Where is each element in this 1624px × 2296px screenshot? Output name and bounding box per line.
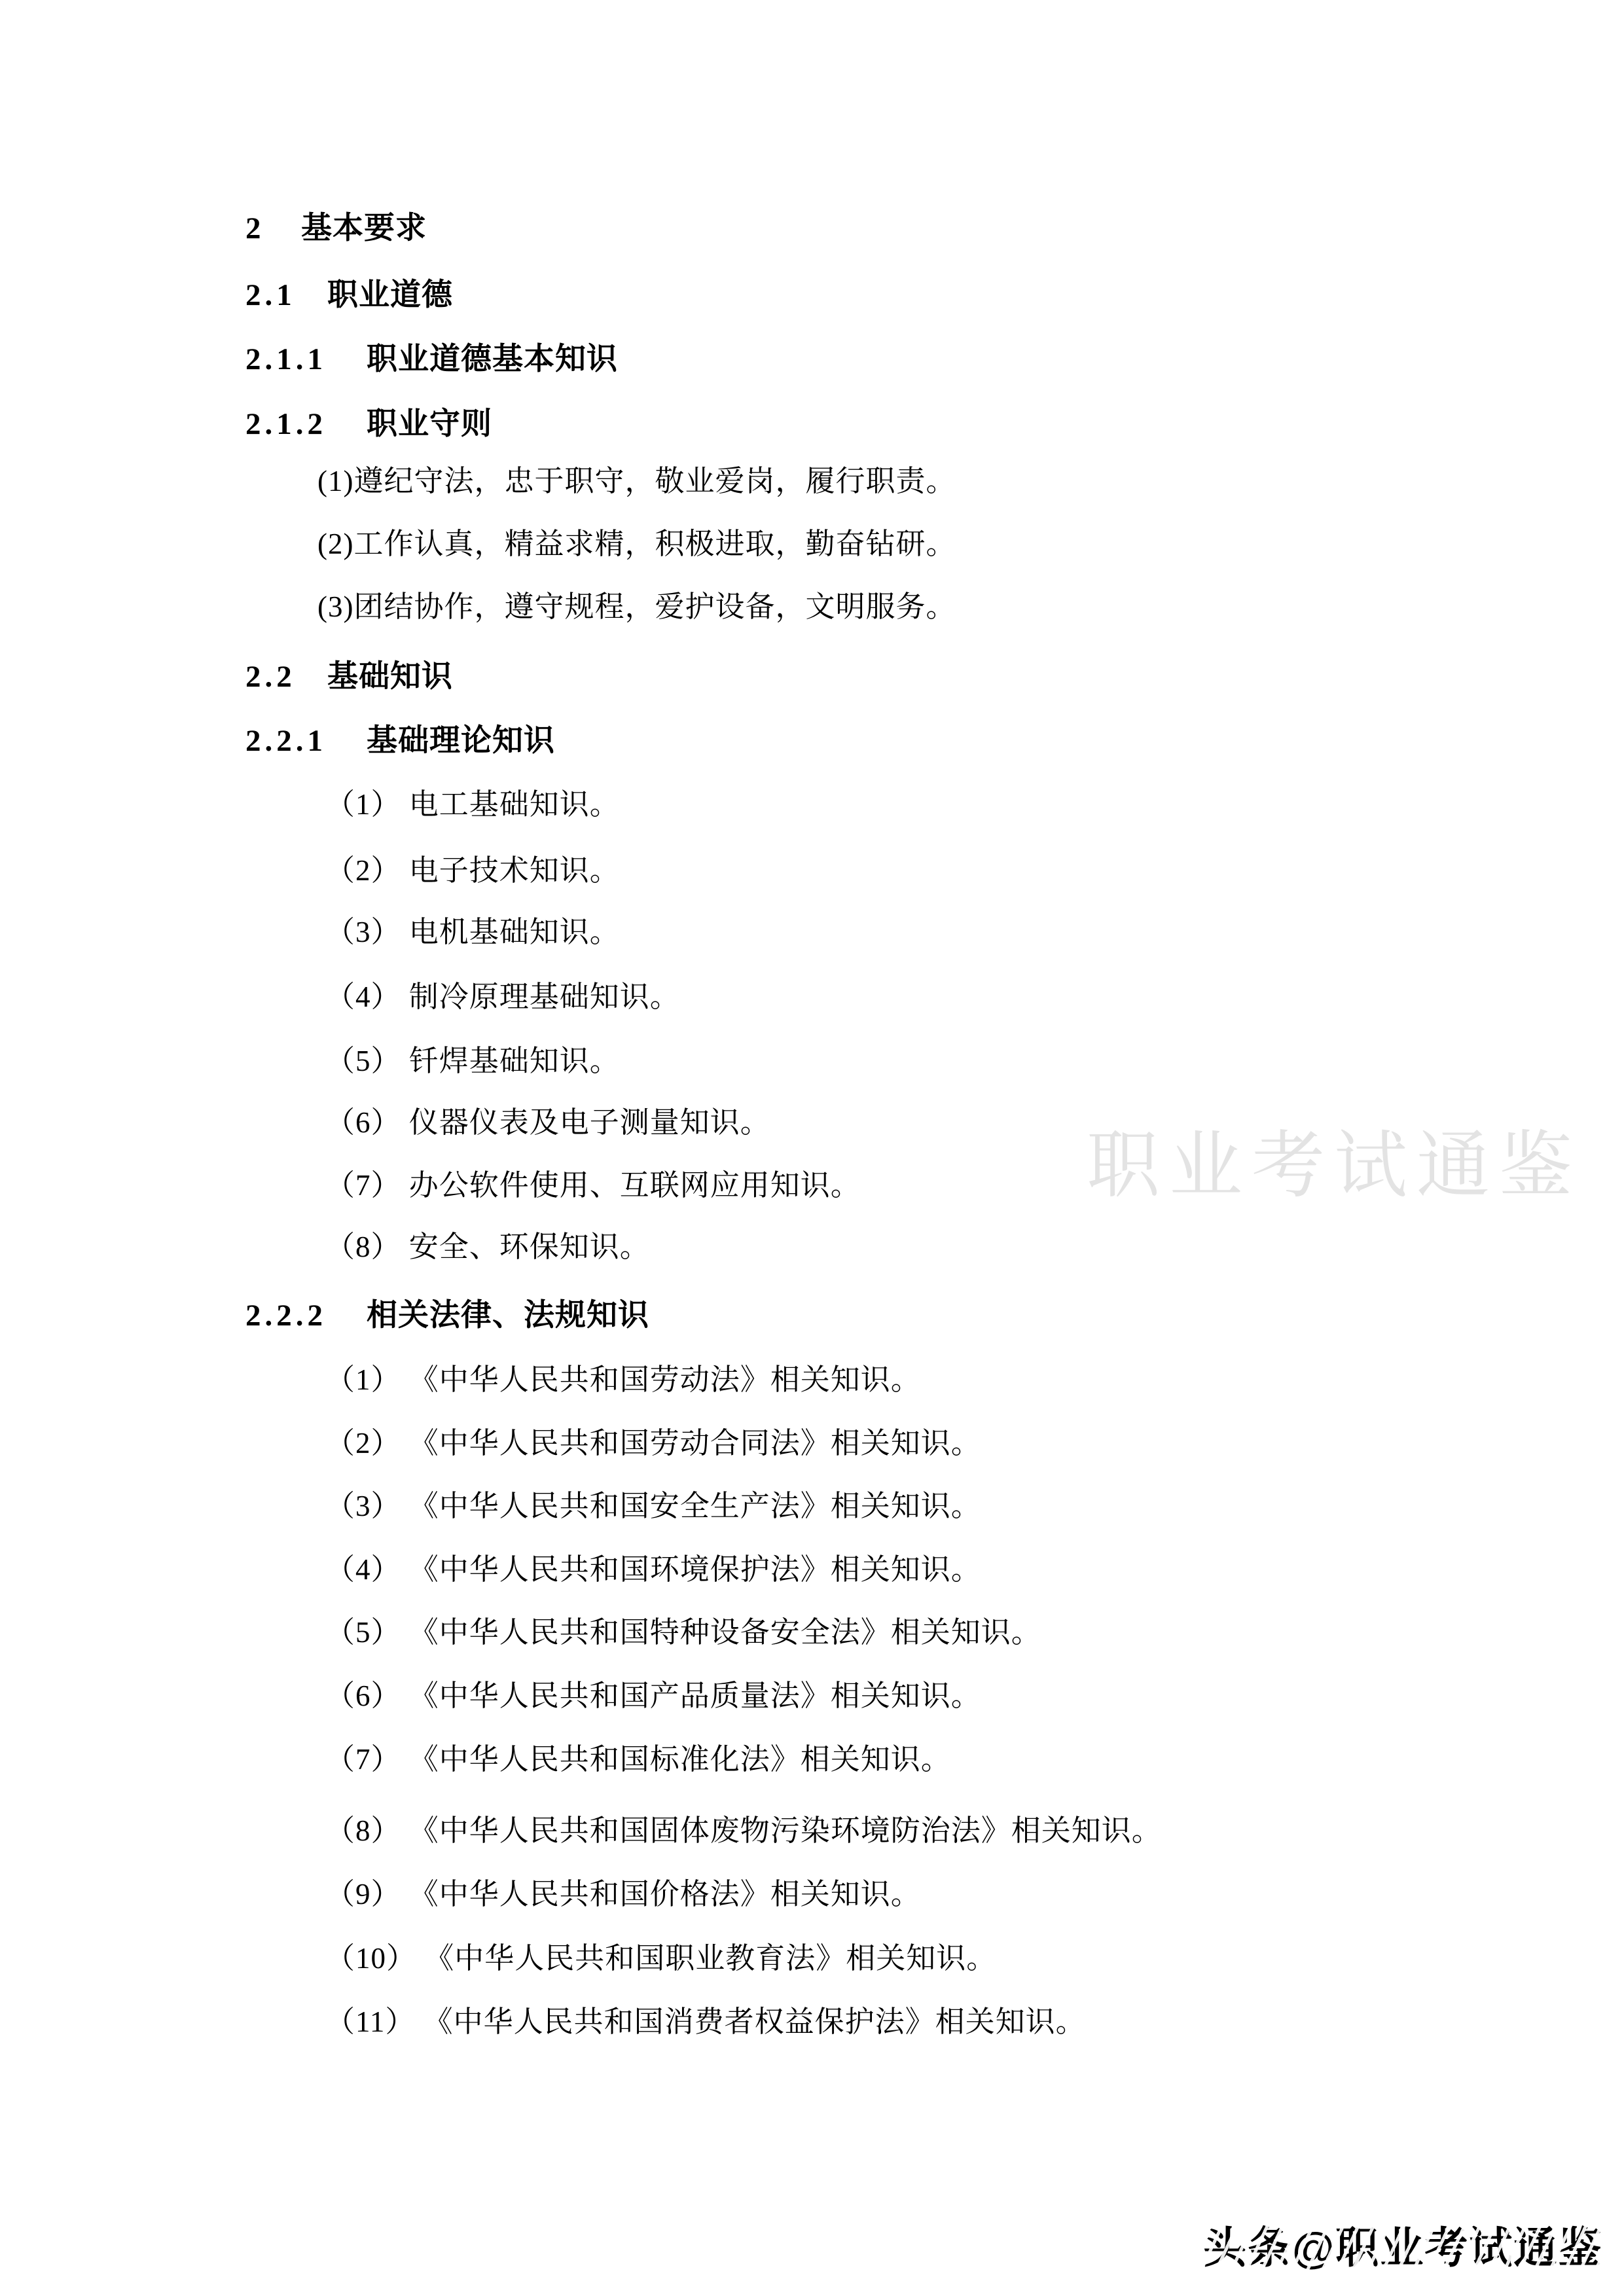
list-item: （6） 《中华人民共和国产品质量法》相关知识。 [325, 1677, 981, 1714]
list-item: （4） 制冷原理基础知识。 [325, 978, 680, 1015]
list-item: （1） 电工基础知识。 [325, 786, 620, 823]
list-item: （8） 安全、环保知识。 [325, 1229, 650, 1265]
list-item: （7） 《中华人民共和国标准化法》相关知识。 [325, 1741, 951, 1778]
page-watermark: 职业考试通鉴 [1087, 1127, 1581, 1204]
heading-title: 职业道德 [327, 278, 453, 312]
list-item: （2） 电子技术知识。 [325, 852, 620, 889]
list-item: （2） 《中华人民共和国劳动合同法》相关知识。 [325, 1425, 981, 1462]
document-page: 2基本要求 2.1职业道德 2.1.1职业道德基本知识 2.1.2职业守则 (1… [0, 0, 1624, 2296]
list-item: （10） 《中华人民共和国职业教育法》相关知识。 [325, 1940, 996, 1977]
heading-professional-ethics: 2.1职业道德 [245, 277, 453, 314]
heading-number: 2.2 [245, 658, 327, 695]
heading-basic-knowledge: 2.2基础知识 [245, 658, 453, 695]
heading-number: 2.1.1 [245, 341, 367, 378]
heading-ethics-basic-knowledge: 2.1.1职业道德基本知识 [245, 341, 618, 378]
heading-basic-theory-knowledge: 2.2.1基础理论知识 [245, 723, 555, 759]
list-item: （8） 《中华人民共和国固体废物污染环境防治法》相关知识。 [325, 1812, 1162, 1849]
list-item: （1） 《中华人民共和国劳动法》相关知识。 [325, 1361, 921, 1398]
list-item: (2)工作认真，精益求精，积极进取，勤奋钻研。 [317, 526, 956, 562]
list-item: （11） 《中华人民共和国消费者权益保护法》相关知识。 [325, 2003, 1086, 2040]
list-item: （7） 办公软件使用、互联网应用知识。 [325, 1167, 861, 1204]
heading-number: 2 [245, 210, 301, 247]
heading-basic-requirements: 2基本要求 [245, 210, 427, 247]
heading-title: 职业守则 [367, 407, 492, 441]
list-item: （3） 电机基础知识。 [325, 914, 620, 950]
heading-number: 2.2.1 [245, 723, 367, 759]
heading-professional-rules: 2.1.2职业守则 [245, 406, 492, 442]
list-item: (3)团结协作，遵守规程，爱护设备，文明服务。 [317, 588, 956, 625]
heading-number: 2.1 [245, 277, 327, 314]
heading-title: 相关法律、法规知识 [367, 1299, 649, 1333]
list-item: （9） 《中华人民共和国价格法》相关知识。 [325, 1876, 921, 1912]
heading-number: 2.1.2 [245, 406, 367, 442]
list-item: （4） 《中华人民共和国环境保护法》相关知识。 [325, 1551, 981, 1588]
footer-credit-watermark: 头条@职业考试通鉴 [1203, 2220, 1602, 2275]
heading-title: 基础理论知识 [367, 724, 555, 758]
heading-title: 基本要求 [301, 211, 427, 245]
list-item: （6） 仪器仪表及电子测量知识。 [325, 1104, 770, 1141]
list-item: （5） 钎焊基础知识。 [325, 1043, 620, 1079]
list-item: (1)遵纪守法，忠于职守，敬业爱岗，履行职责。 [317, 463, 956, 499]
list-item: （3） 《中华人民共和国安全生产法》相关知识。 [325, 1488, 981, 1524]
heading-title: 职业道德基本知识 [367, 342, 618, 376]
list-item: （5） 《中华人民共和国特种设备安全法》相关知识。 [325, 1614, 1041, 1651]
heading-title: 基础知识 [327, 660, 453, 694]
heading-number: 2.2.2 [245, 1297, 367, 1334]
heading-laws-regulations-knowledge: 2.2.2相关法律、法规知识 [245, 1297, 649, 1334]
